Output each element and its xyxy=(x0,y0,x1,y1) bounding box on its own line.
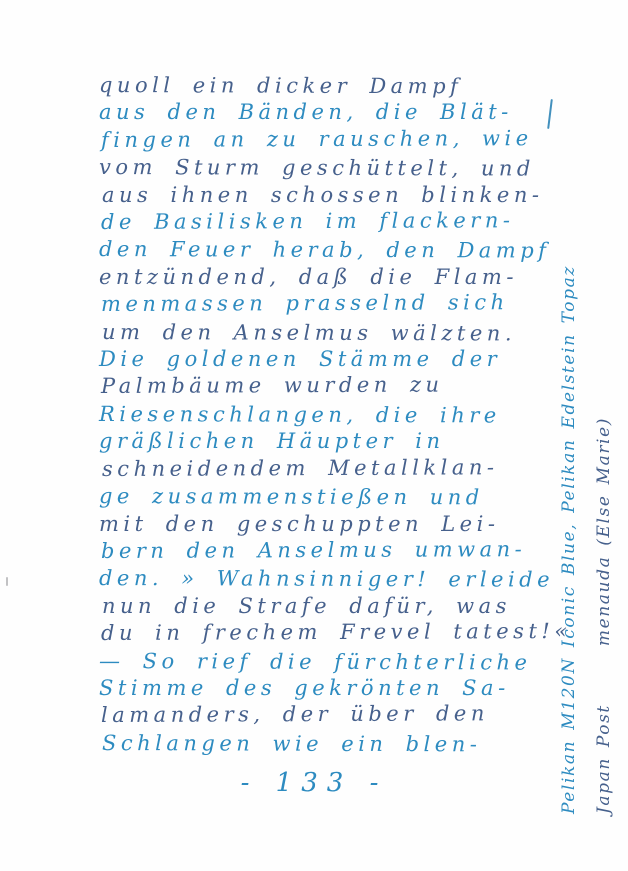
annotation-paper-text: Japan Post xyxy=(594,704,614,814)
manuscript-line: bern den Anselmus umwan- xyxy=(101,536,561,565)
manuscript-line: de Basilisken im flackern- xyxy=(101,207,561,236)
manuscript-line: — So rief die fürchterliche xyxy=(99,648,561,677)
manuscript-line: den. » Wahnsinniger! erleide xyxy=(99,565,561,594)
manuscript-line: fingen an zu rauschen, wie xyxy=(101,125,561,154)
manuscript-line: schneidendem Metallklan- xyxy=(102,454,561,483)
manuscript-line: mit den geschuppten Lei- xyxy=(99,511,561,538)
manuscript-line: Die goldenen Stämme der xyxy=(99,346,561,373)
page-number: - 133 - xyxy=(0,768,628,798)
manuscript-line: Schlangen wie ein blen- xyxy=(102,730,561,759)
manuscript-line: Stimme des gekrönten Sa- xyxy=(99,675,561,702)
manuscript-line: quoll ein dicker Dampf xyxy=(99,72,561,101)
manuscript-line: du in frechem Frevel tatest!« xyxy=(101,618,561,647)
annotation-signature-text: menauda (Else Marie) xyxy=(594,417,614,646)
handwritten-text-block: quoll ein dicker Dampf aus den Bänden, d… xyxy=(99,72,561,757)
manuscript-line: um den Anselmus wälzten. xyxy=(102,319,561,348)
manuscript-line: aus ihnen schossen blinken- xyxy=(102,182,561,209)
scanned-manuscript-page: quoll ein dicker Dampf aus den Bänden, d… xyxy=(0,0,628,871)
manuscript-line: Riesenschlangen, die ihre xyxy=(99,401,561,430)
manuscript-line: den Feuer herab, den Dampf xyxy=(99,236,561,265)
pen-and-ink-annotation: Pelikan M120N Iconic Blue, Pelikan Edels… xyxy=(552,56,622,814)
annotation-pen-ink-line: Pelikan M120N Iconic Blue, Pelikan Edels… xyxy=(552,56,587,814)
manuscript-line: lamanders, der über den xyxy=(101,700,561,729)
manuscript-line: ge zusammenstießen und xyxy=(99,483,561,512)
annotation-pen-ink-text: Pelikan M120N Iconic Blue, Pelikan Edels… xyxy=(559,265,579,814)
scan-artifact-speck xyxy=(6,577,8,586)
manuscript-line: gräßlichen Häupter in xyxy=(99,428,561,455)
manuscript-line: entzündend, daß die Flam- xyxy=(99,264,561,291)
annotation-paper-signature-line: Japan Postmenauda (Else Marie) xyxy=(587,56,622,814)
manuscript-line: aus den Bänden, die Blät- xyxy=(99,99,561,126)
manuscript-line: Palmbäume wurden zu xyxy=(101,371,561,400)
manuscript-line: nun die Strafe dafür, was xyxy=(102,593,561,620)
manuscript-line: vom Sturm geschüttelt, und xyxy=(99,154,561,183)
manuscript-line: menmassen prasselnd sich xyxy=(101,289,561,318)
